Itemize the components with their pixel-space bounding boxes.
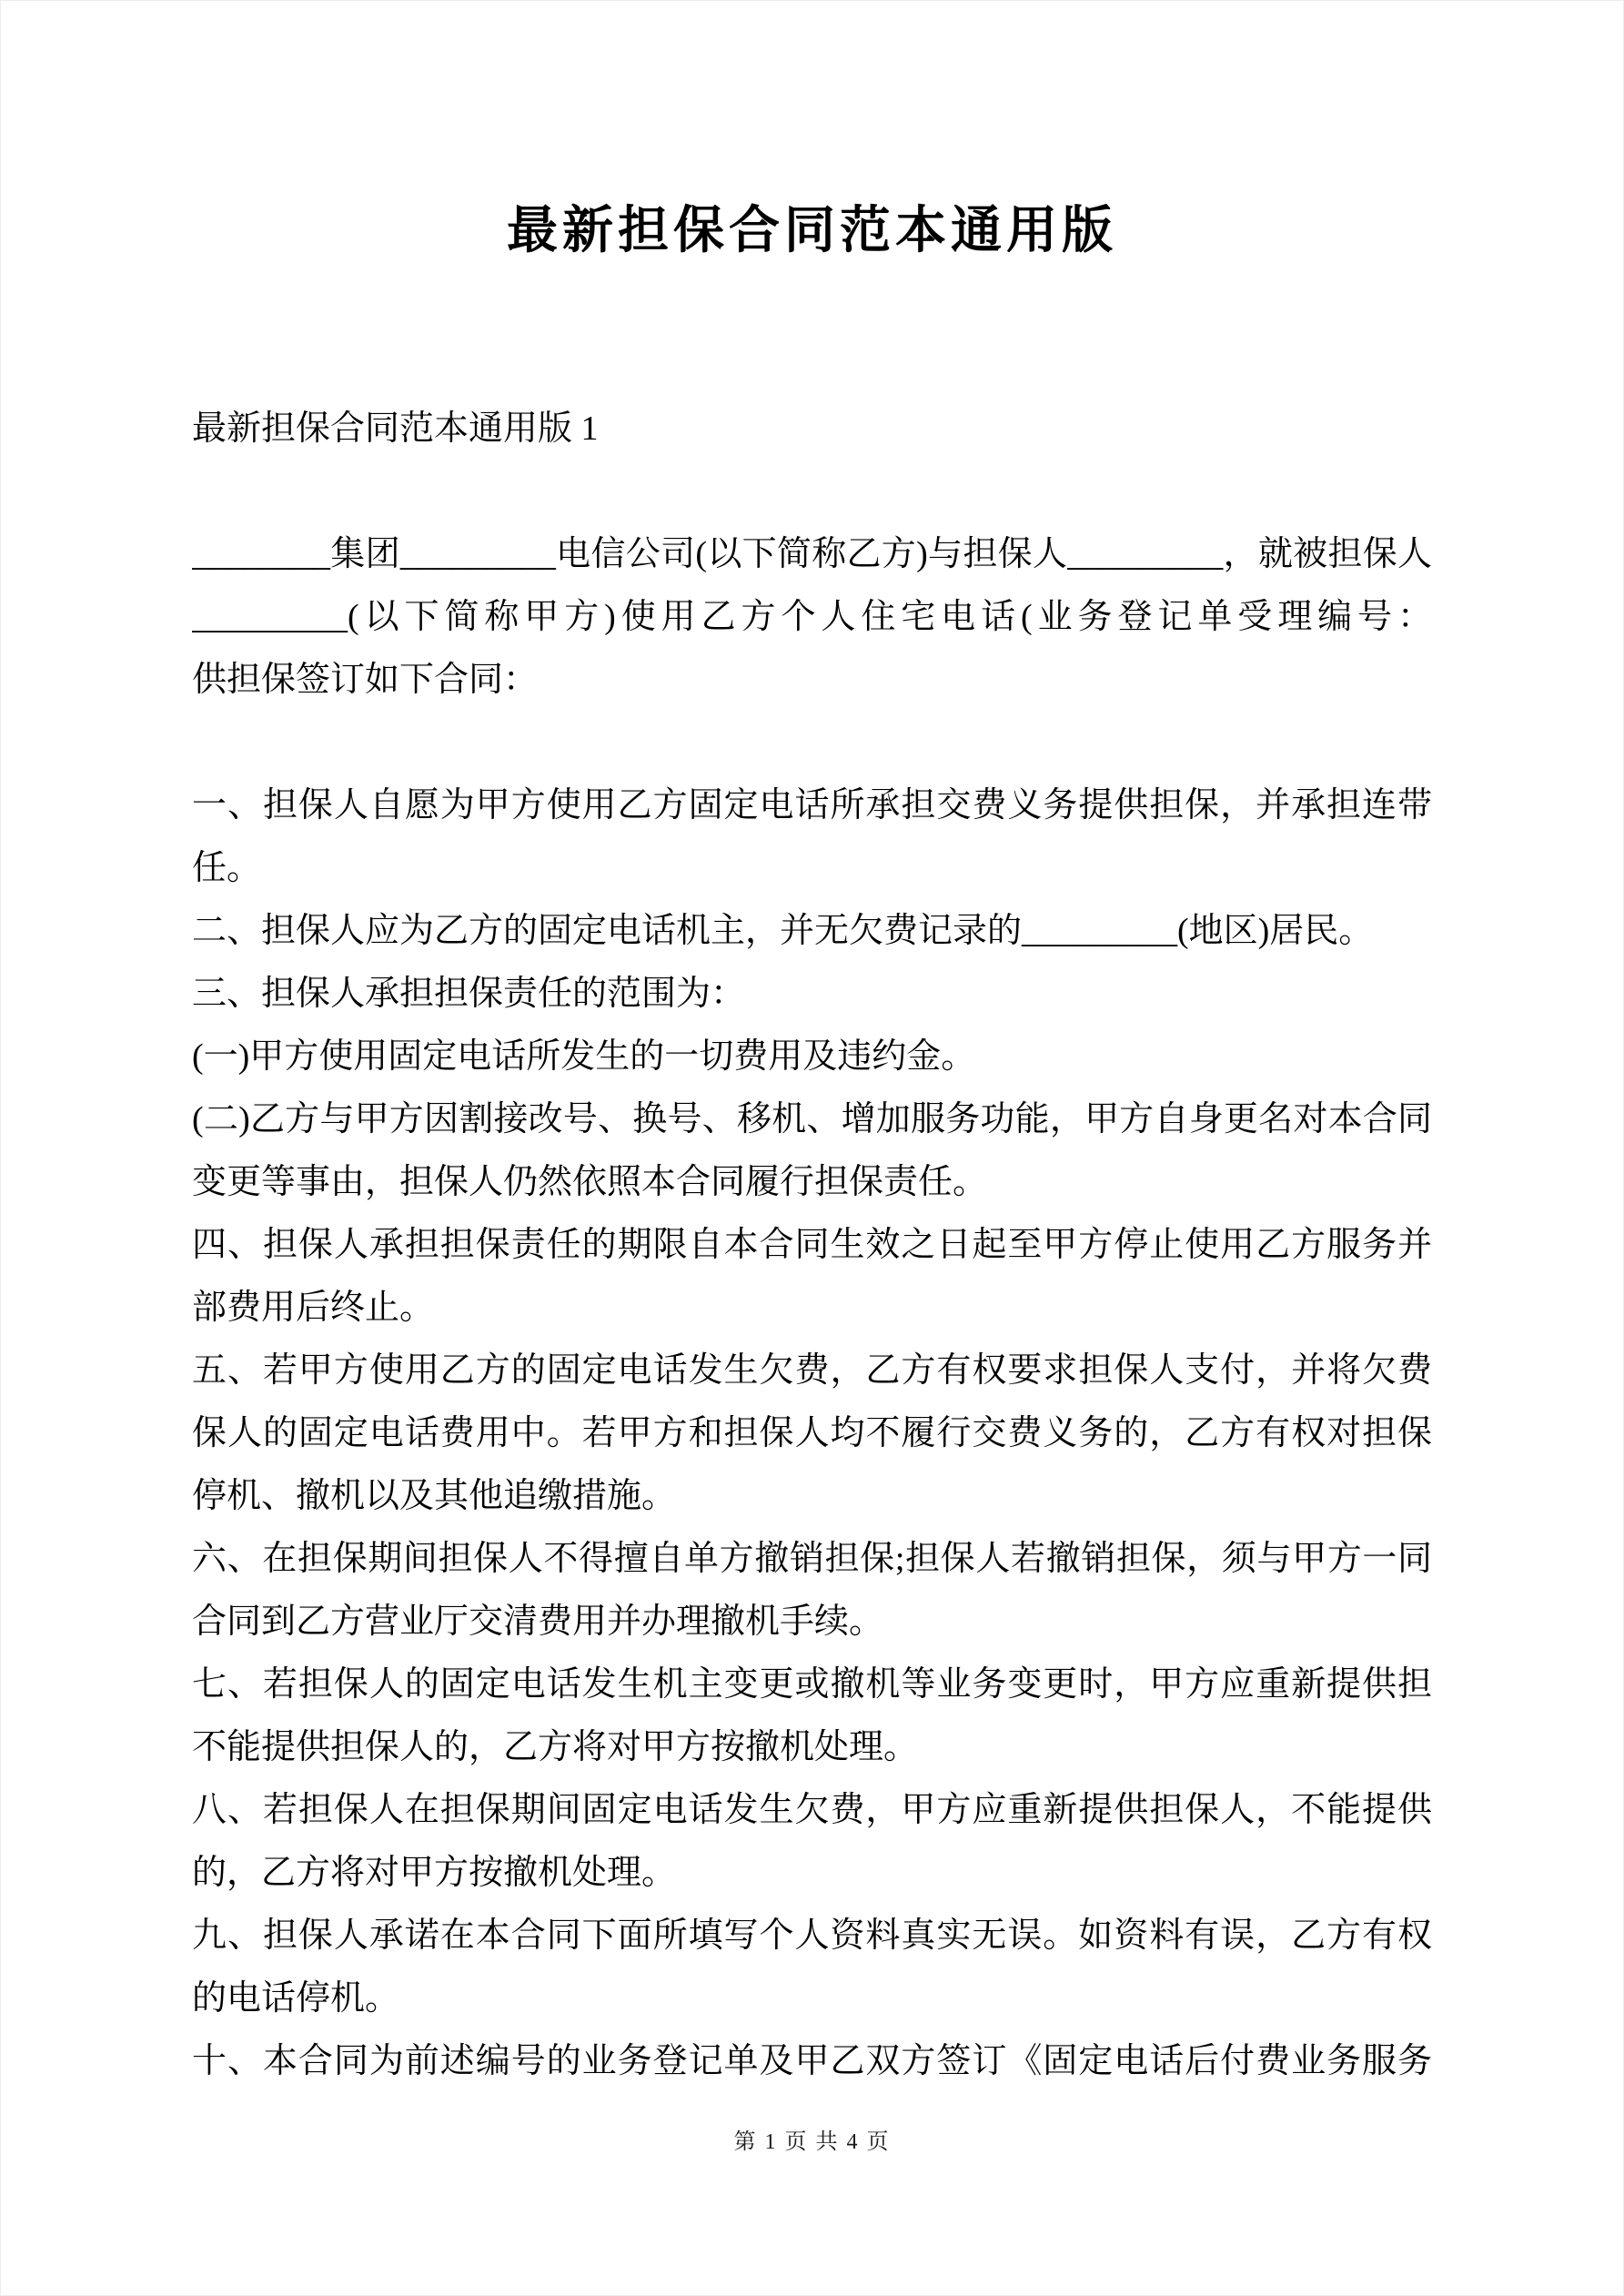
contract-line: 三、担保人承担担保责任的范围为： (192, 963, 1432, 1026)
contract-line: 的电话停机。 (192, 1967, 1432, 2030)
contract-line: (二)乙方与甲方因割接改号、换号、移机、增加服务功能，甲方自身更名对本合同予以 (192, 1088, 1432, 1151)
contract-line: 四、担保人承担担保责任的期限自本合同生效之日起至甲方停止使用乙方服务并交纳全 (192, 1214, 1432, 1277)
contract-line: 六、在担保期间担保人不得擅自单方撤销担保;担保人若撤销担保，须与甲方一同持本 (192, 1528, 1432, 1591)
contract-line: 供担保签订如下合同： (192, 649, 1432, 712)
contract-line: 保人的固定电话费用中。若甲方和担保人均不履行交费义务的，乙方有权对担保人采取 (192, 1402, 1432, 1465)
contract-line: 部费用后终止。 (192, 1277, 1432, 1340)
contract-line: 五、若甲方使用乙方的固定电话发生欠费，乙方有权要求担保人支付，并将欠费计入担 (192, 1340, 1432, 1402)
contract-line: ________集团_________电信公司(以下简称乙方)与担保人_____… (192, 523, 1432, 586)
contract-line: 九、担保人承诺在本合同下面所填写个人资料真实无误。如资料有误，乙方有权对甲方 (192, 1905, 1432, 1967)
document-content: 最新担保合同范本通用版 最新担保合同范本通用版 1 ________集团____… (1, 1, 1623, 2093)
contract-body: ________集团_________电信公司(以下简称乙方)与担保人_____… (192, 523, 1432, 2093)
contract-line: 七、若担保人的固定电话发生机主变更或撤机等业务变更时，甲方应重新提供担保人， (192, 1654, 1432, 1716)
contract-line: _________(以下简称甲方)使用乙方个人住宅电话(业务登记单受理编号：__… (192, 586, 1432, 649)
contract-line: 一、担保人自愿为甲方使用乙方固定电话所承担交费义务提供担保，并承担连带保证责 (192, 774, 1432, 837)
contract-line: 十、本合同为前述编号的业务登记单及甲乙双方签订《固定电话后付费业务服务协议》 (192, 2030, 1432, 2093)
contract-line: 的，乙方将对甲方按撤机处理。 (192, 1842, 1432, 1905)
contract-line: 任。 (192, 837, 1432, 900)
contract-line: 合同到乙方营业厅交清费用并办理撤机手续。 (192, 1591, 1432, 1654)
contract-line: 二、担保人应为乙方的固定电话机主，并无欠费记录的_________(地区)居民。 (192, 900, 1432, 963)
contract-line: (一)甲方使用固定电话所发生的一切费用及违约金。 (192, 1026, 1432, 1088)
page-number-footer: 第 1 页 共 4 页 (1, 2127, 1623, 2158)
document-title: 最新担保合同范本通用版 (192, 199, 1432, 263)
document-page: 最新担保合同范本通用版 最新担保合同范本通用版 1 ________集团____… (0, 0, 1624, 2296)
contract-line: 不能提供担保人的，乙方将对甲方按撤机处理。 (192, 1716, 1432, 1779)
contract-line: 停机、撤机以及其他追缴措施。 (192, 1465, 1432, 1528)
document-subtitle: 最新担保合同范本通用版 1 (192, 398, 1432, 460)
contract-line: 八、若担保人在担保期间固定电话发生欠费，甲方应重新提供担保人，不能提供担保人 (192, 1779, 1432, 1842)
contract-line: 变更等事由，担保人仍然依照本合同履行担保责任。 (192, 1151, 1432, 1214)
